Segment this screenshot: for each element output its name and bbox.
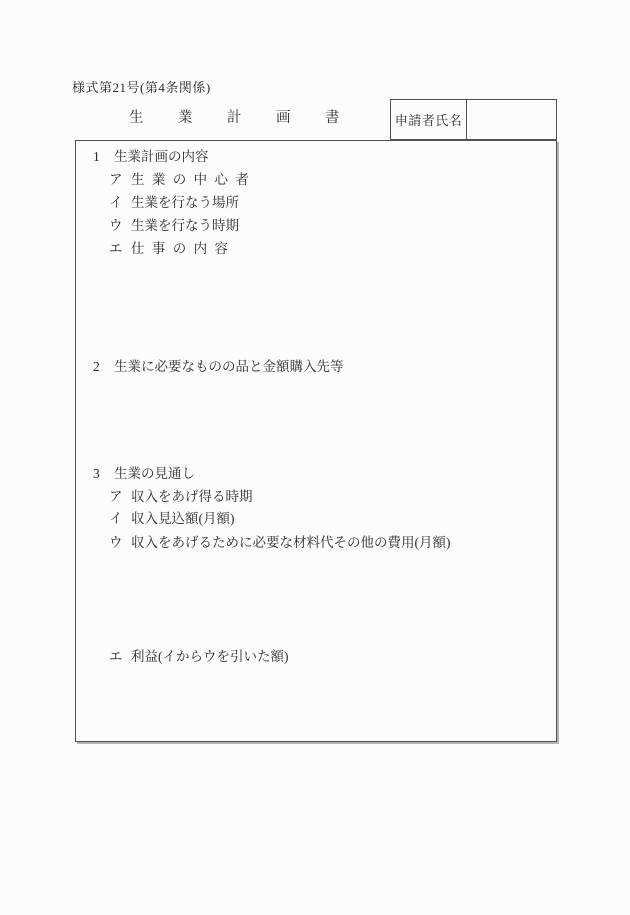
section-1-heading: 1 生業計画の内容 [93,149,209,165]
item-label: 生業を行なう時期 [131,218,239,234]
section-title: 生業の見通し [114,466,195,482]
section-1-item-a: ア 生 業 の 中 心 者 [109,172,251,188]
item-kana: ア [109,489,131,505]
section-1-item-i: イ 生業を行なう場所 [109,195,239,211]
item-label: 収入見込額(月額) [131,511,235,527]
applicant-name-box: 申請者氏名 [390,99,557,140]
item-label: 生 業 の 中 心 者 [131,172,251,188]
item-kana: イ [109,195,131,211]
form-number: 様式第21号(第4条関係) [72,80,211,95]
section-3-heading: 3 生業の見通し [93,466,195,482]
section-3-item-e: エ 利益(イからウを引いた額) [109,649,289,665]
item-kana: エ [109,649,131,665]
item-label: 仕 事 の 内 容 [131,241,230,257]
item-label: 収入をあげるために必要な材料代その他の費用(月額) [131,535,451,551]
item-kana: ウ [109,535,131,551]
section-title: 生業計画の内容 [114,149,209,165]
section-3-item-a: ア 収入をあげ得る時期 [109,489,253,505]
item-kana: ウ [109,218,131,234]
section-number: 2 [93,359,114,375]
page-title: 生 業 計 画 書 [129,110,350,127]
document-page: 様式第21号(第4条関係) 生 業 計 画 書 申請者氏名 1 生業計画の内容 … [0,0,630,915]
item-label: 利益(イからウを引いた額) [131,649,289,665]
item-kana: ア [109,172,131,188]
section-number: 3 [93,466,114,482]
section-title: 生業に必要なものの品と金額購入先等 [114,359,344,375]
item-kana: イ [109,511,131,527]
applicant-name-field[interactable] [467,100,556,139]
section-2-heading: 2 生業に必要なものの品と金額購入先等 [93,359,344,375]
applicant-name-label: 申請者氏名 [391,100,467,139]
section-3-item-u: ウ 収入をあげるために必要な材料代その他の費用(月額) [109,535,451,551]
section-1-item-e: エ 仕 事 の 内 容 [109,241,230,257]
item-label: 収入をあげ得る時期 [131,489,253,505]
form-body-box: 1 生業計画の内容 ア 生 業 の 中 心 者 イ 生業を行なう場所 ウ 生業を… [75,140,557,742]
item-label: 生業を行なう場所 [131,195,239,211]
section-3-item-i: イ 収入見込額(月額) [109,511,235,527]
section-1-item-u: ウ 生業を行なう時期 [109,218,239,234]
item-kana: エ [109,241,131,257]
section-number: 1 [93,149,114,165]
